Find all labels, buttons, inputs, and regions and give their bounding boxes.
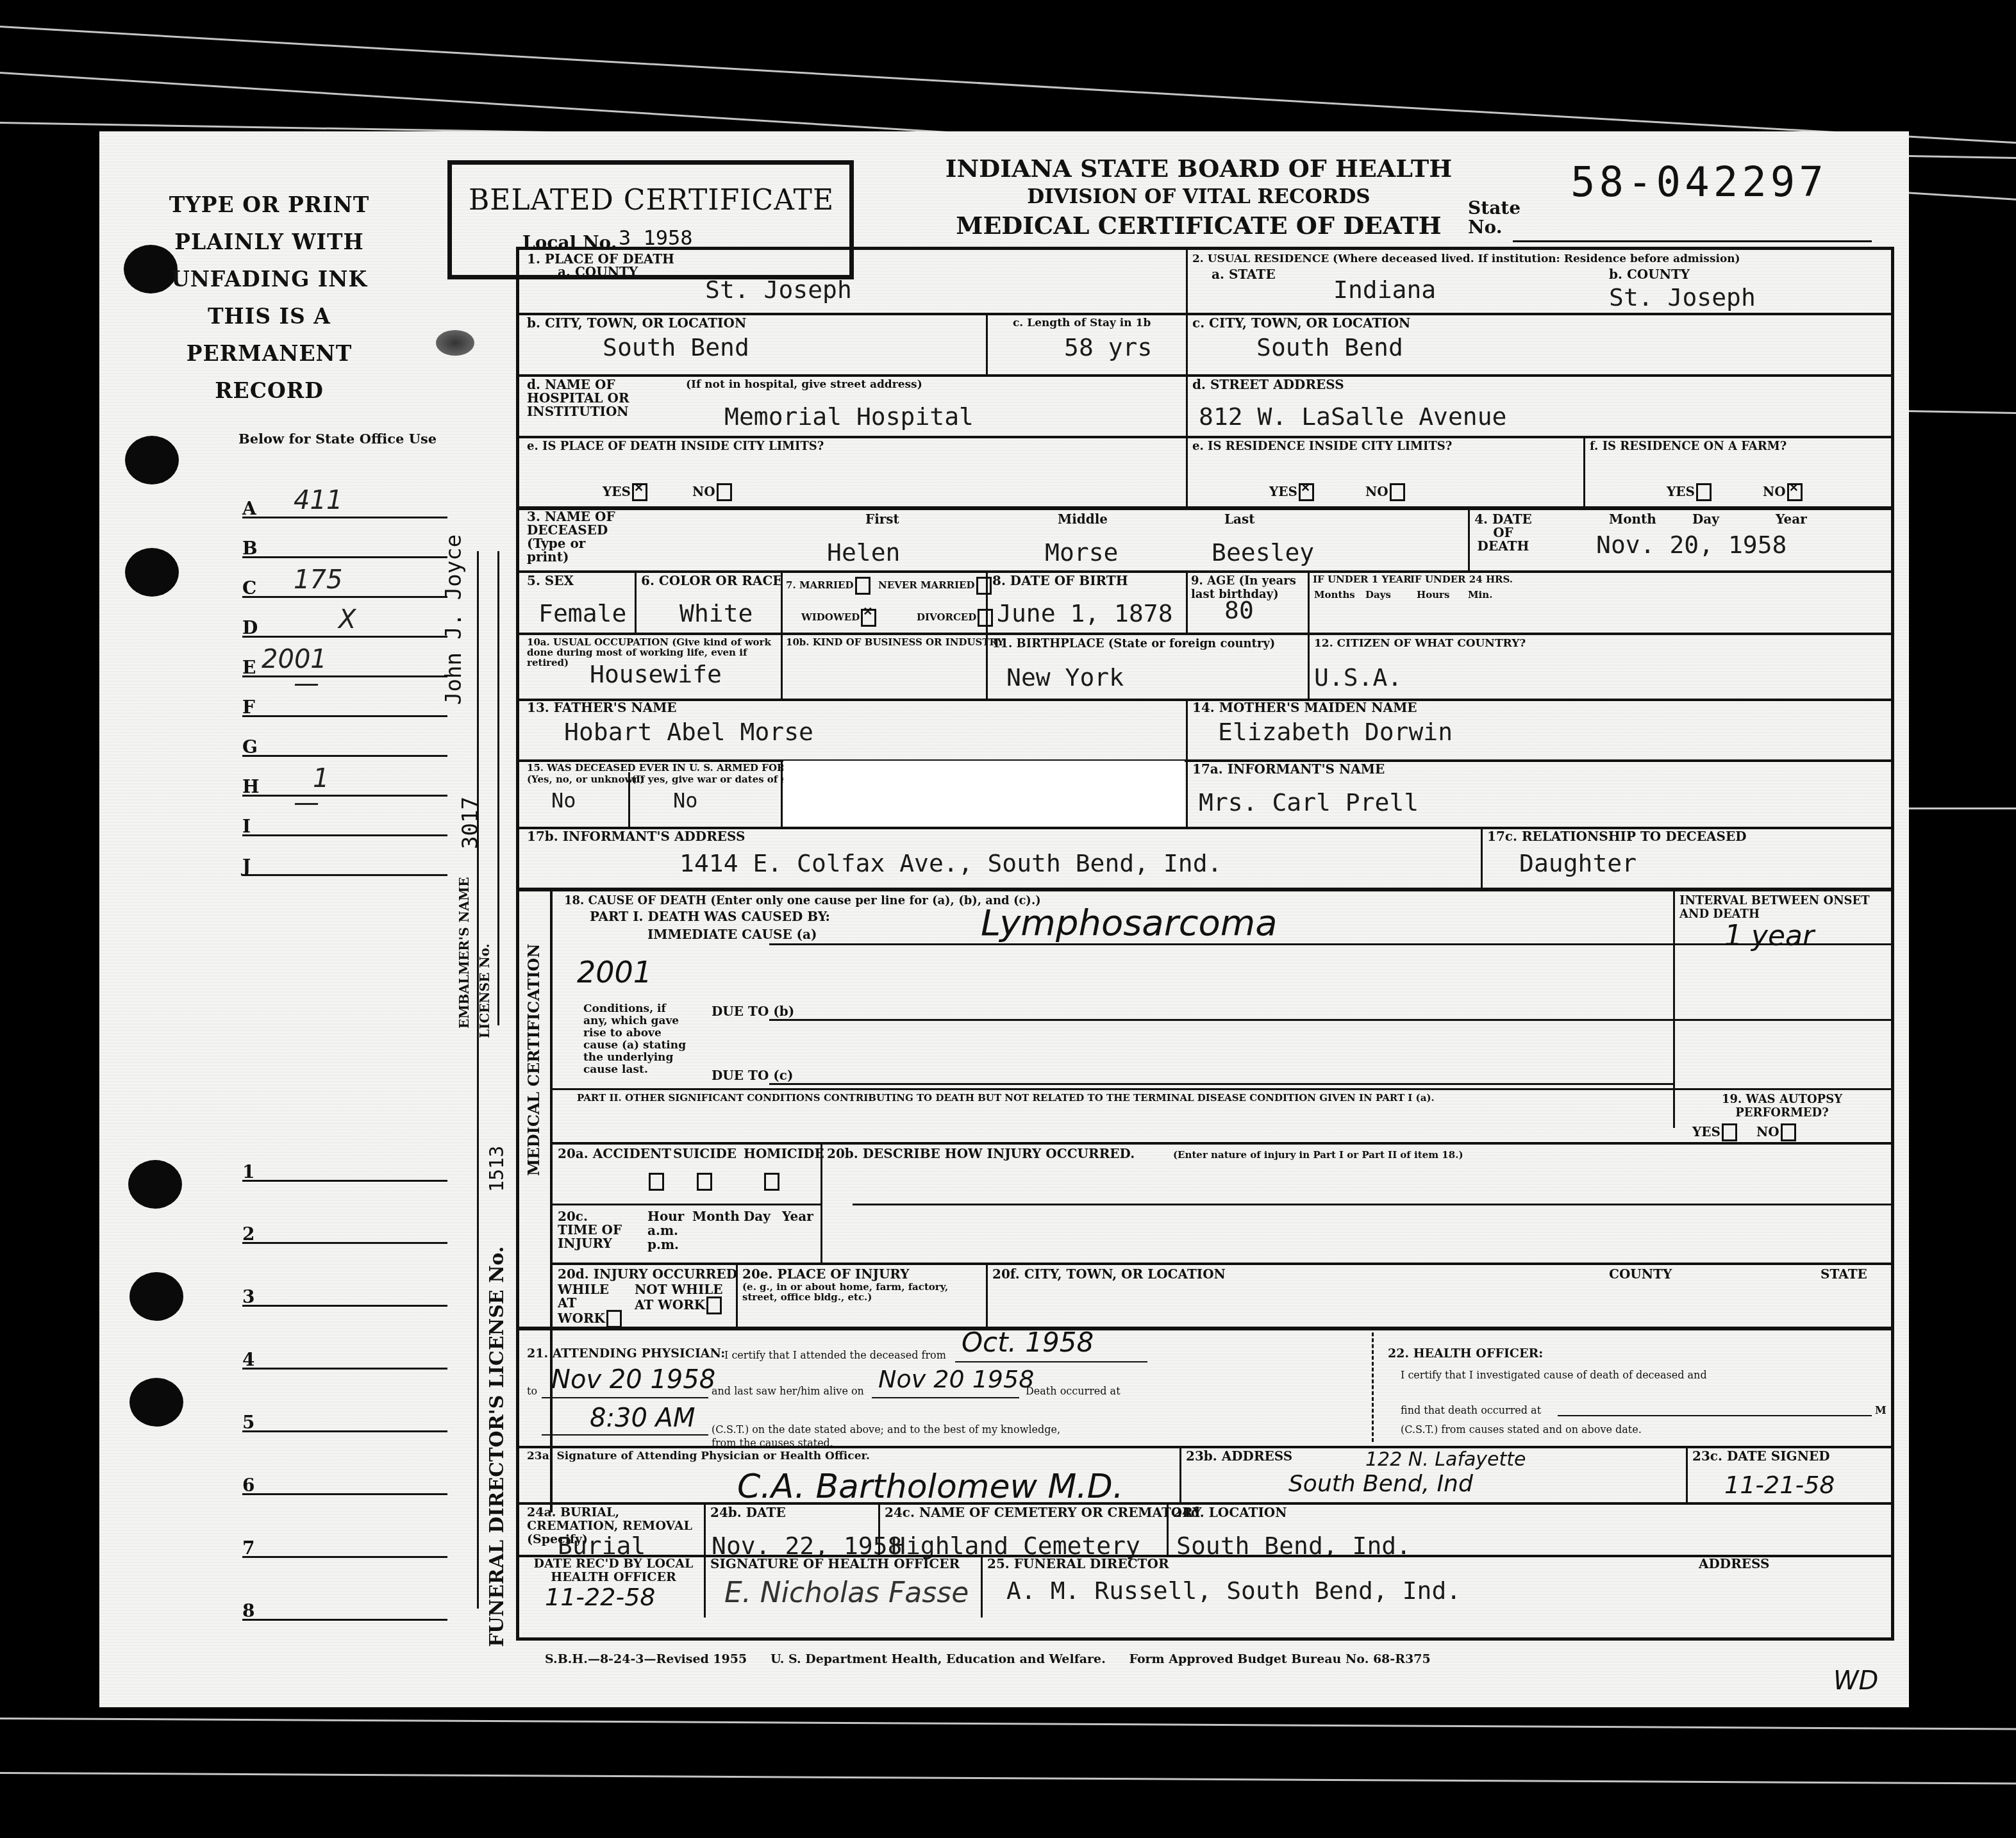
occupation-value: Housewife bbox=[590, 660, 722, 688]
divider bbox=[550, 1204, 822, 1205]
code-label: B bbox=[242, 538, 258, 559]
divider bbox=[1481, 827, 1483, 888]
code-label: I bbox=[242, 816, 251, 837]
divider bbox=[550, 1263, 1891, 1265]
divider bbox=[1186, 250, 1188, 506]
months-label: Months bbox=[1314, 590, 1355, 600]
code-value: — bbox=[294, 669, 319, 699]
location-label: 24d. LOCATION bbox=[1173, 1506, 1287, 1519]
cause-b-line bbox=[769, 1019, 1673, 1021]
interval-value: 1 year bbox=[1724, 920, 1814, 952]
not-while-at-work-option[interactable]: NOT WHILE AT WORK bbox=[635, 1283, 731, 1314]
code-value: X bbox=[338, 605, 356, 634]
conditions-label: Conditions, if any, which gave rise to a… bbox=[583, 1003, 692, 1076]
division-title: DIVISION OF VITAL RECORDS bbox=[923, 185, 1474, 208]
code-row-I: I— bbox=[242, 805, 447, 836]
residence-city-value: South Bend bbox=[1256, 333, 1403, 361]
part1-label: PART I. DEATH WAS CAUSED BY: bbox=[590, 910, 830, 923]
physician-text1: I certify that I attended the deceased f… bbox=[724, 1348, 946, 1362]
middle-label: Middle bbox=[1058, 513, 1108, 526]
scan-streak bbox=[0, 1772, 2016, 1785]
checkbox-yes[interactable] bbox=[1299, 483, 1314, 501]
code-row-H: H1 bbox=[242, 765, 447, 797]
code-label: A bbox=[242, 498, 256, 519]
code-row-5: 5 bbox=[242, 1401, 447, 1432]
checkbox-while-at-work[interactable] bbox=[606, 1310, 622, 1328]
department-name: U. S. Department Health, Education and W… bbox=[771, 1652, 1106, 1666]
divider bbox=[1167, 1502, 1169, 1555]
autopsy-label: 19. WAS AUTOPSY PERFORMED? bbox=[1679, 1093, 1885, 1120]
widowed-option[interactable]: WIDOWED bbox=[801, 609, 876, 627]
injury-state-label: STATE bbox=[1820, 1268, 1867, 1281]
divorced-label: DIVORCED bbox=[917, 611, 976, 623]
divider bbox=[1583, 436, 1585, 506]
race-value: White bbox=[679, 599, 753, 627]
embalmer-name-value: John J. Joyce bbox=[441, 534, 467, 705]
hospital-value: Memorial Hospital bbox=[724, 402, 974, 431]
physician-address-line1: 122 N. Lafayette bbox=[1365, 1448, 1526, 1471]
hospital-note: (If not in hospital, give street address… bbox=[686, 378, 922, 392]
underline bbox=[872, 1397, 1019, 1398]
mother-label: 14. MOTHER'S MAIDEN NAME bbox=[1192, 701, 1417, 715]
hour-label: Hour bbox=[647, 1210, 684, 1223]
death-date-label: 4. DATE OF DEATH bbox=[1474, 513, 1532, 553]
punch-hole bbox=[129, 1378, 183, 1427]
funeral-director-value: A. M. Russell, South Bend, Ind. bbox=[1006, 1577, 1461, 1605]
am-label: a.m. bbox=[647, 1224, 678, 1238]
birthplace-value: New York bbox=[1006, 663, 1124, 691]
street-address-label: d. STREET ADDRESS bbox=[1192, 378, 1344, 392]
physician-signature: C.A. Bartholomew M.D. bbox=[737, 1468, 1123, 1506]
due-to-c-label: DUE TO (c) bbox=[712, 1069, 793, 1082]
form-number: S.B.H.—8-24-3—Revised 1955 bbox=[545, 1652, 747, 1666]
farm-no[interactable]: NO bbox=[1763, 483, 1803, 501]
last-name-value: Beesley bbox=[1212, 538, 1314, 567]
union-label-seal-icon bbox=[436, 330, 474, 356]
checkbox-yes[interactable] bbox=[632, 483, 647, 501]
to-label: to bbox=[527, 1384, 537, 1398]
usual-residence-label: 2. USUAL RESIDENCE (Where deceased lived… bbox=[1192, 254, 1740, 264]
year-label: Year bbox=[1776, 513, 1807, 526]
divider bbox=[1673, 888, 1675, 1128]
state-no-underline bbox=[1513, 240, 1872, 242]
date-signed-value: 11-21-58 bbox=[1724, 1471, 1835, 1499]
death-time-value: 8:30 AM bbox=[590, 1403, 695, 1433]
code-value: 411 bbox=[294, 486, 342, 515]
code-row-3: 3 bbox=[242, 1275, 447, 1307]
relationship-label: 17c. RELATIONSHIP TO DECEASED bbox=[1487, 830, 1747, 843]
divider bbox=[736, 1263, 738, 1327]
part2-label: PART II. OTHER SIGNIFICANT CONDITIONS CO… bbox=[577, 1093, 1435, 1103]
margin-divider bbox=[477, 551, 479, 1609]
injury-county-label: COUNTY bbox=[1609, 1268, 1672, 1281]
divider bbox=[781, 633, 783, 699]
budget-bureau-no: Form Approved Budget Bureau No. 68-R375 bbox=[1129, 1652, 1430, 1666]
length-of-stay-label: c. Length of Stay in 1b bbox=[1013, 317, 1151, 330]
funeral-director-label: 25. FUNERAL DIRECTOR bbox=[987, 1557, 1169, 1571]
code-row-B: B bbox=[242, 527, 447, 558]
burial-date-label: 24b. DATE bbox=[710, 1506, 786, 1519]
county-label: a. COUNTY bbox=[558, 265, 638, 279]
cause-c-line bbox=[769, 1083, 1673, 1085]
medical-certification-label: MEDICAL CERTIFICATION bbox=[524, 944, 543, 1176]
injury-day-label: Day bbox=[744, 1210, 771, 1223]
married-label: 7. MARRIED bbox=[786, 579, 854, 591]
divider bbox=[519, 888, 1891, 891]
month-label: Month bbox=[1609, 513, 1656, 526]
scan-streak bbox=[1909, 807, 2016, 809]
code-label: 8 bbox=[242, 1600, 254, 1621]
no-label: NO bbox=[692, 484, 715, 499]
residence-inside-yes[interactable]: YES bbox=[1269, 483, 1314, 501]
checkbox-suicide[interactable] bbox=[697, 1173, 712, 1191]
scan-streak bbox=[0, 1718, 2016, 1730]
clerk-initials: WD bbox=[1833, 1666, 1878, 1696]
divider bbox=[704, 1502, 706, 1618]
state-no-label: State No. bbox=[1468, 199, 1513, 237]
first-label: First bbox=[865, 513, 899, 526]
sex-label: 5. SEX bbox=[527, 574, 574, 588]
street-address-value: 812 W. LaSalle Avenue bbox=[1199, 402, 1506, 431]
divider bbox=[986, 1263, 988, 1327]
first-name-value: Helen bbox=[827, 538, 900, 567]
deceased-name-label: 3. NAME OF DECEASED (Type or print) bbox=[527, 510, 623, 564]
farm-yes[interactable]: YES bbox=[1667, 483, 1712, 501]
divider bbox=[986, 313, 988, 374]
father-value: Hobart Abel Morse bbox=[564, 718, 813, 746]
divider bbox=[781, 570, 783, 633]
checkbox-not-while-at-work[interactable] bbox=[706, 1296, 722, 1314]
interval-line bbox=[1673, 943, 1891, 945]
code-label: 3 bbox=[242, 1286, 254, 1307]
code-row-2: 2 bbox=[242, 1213, 447, 1244]
immediate-cause-label: IMMEDIATE CAUSE (a) bbox=[647, 928, 817, 941]
length-of-stay-value: 58 yrs bbox=[1064, 333, 1152, 361]
physician-address-label: 23b. ADDRESS bbox=[1186, 1450, 1292, 1463]
due-to-b-label: DUE TO (b) bbox=[712, 1005, 794, 1018]
death-city-value: South Bend bbox=[603, 333, 749, 361]
code-label: D bbox=[242, 617, 258, 638]
injury-occurred-label: 20d. INJURY OCCURRED bbox=[558, 1268, 737, 1281]
married-option[interactable]: 7. MARRIED bbox=[786, 577, 871, 595]
license-label: LICENSE No. bbox=[477, 943, 492, 1038]
redacted-area bbox=[783, 761, 1185, 825]
residence-inside-no[interactable]: NO bbox=[1365, 483, 1405, 501]
hours-label: Hours bbox=[1417, 590, 1449, 600]
code-row-A: A411 bbox=[242, 487, 447, 518]
place-of-injury-label: 20e. PLACE OF INJURY bbox=[742, 1268, 910, 1281]
health-officer-text3: (C.S.T.) from causes stated and on above… bbox=[1401, 1423, 1642, 1436]
underline bbox=[542, 1434, 708, 1436]
state-no-value: 58-042297 bbox=[1570, 159, 1828, 206]
code-row-J: J bbox=[242, 845, 447, 876]
under-24-hrs-label: IF UNDER 24 HRS. bbox=[1410, 574, 1513, 584]
code-label: C bbox=[242, 577, 256, 599]
residence-county-value: St. Joseph bbox=[1609, 283, 1756, 311]
sex-value: Female bbox=[538, 599, 626, 627]
time-of-injury-label: 20c. TIME OF INJURY bbox=[558, 1210, 628, 1250]
divider bbox=[628, 772, 630, 827]
embalmer-name-label: EMBALMER'S NAME bbox=[456, 877, 472, 1029]
dob-value: June 1, 1878 bbox=[997, 599, 1173, 627]
hospital-label: d. NAME OF HOSPITAL OR INSTITUTION bbox=[527, 378, 655, 418]
checkbox-no[interactable] bbox=[717, 483, 732, 501]
code-label: 2 bbox=[242, 1223, 254, 1245]
residence-inside-city-label: e. IS RESIDENCE INSIDE CITY LIMITS? bbox=[1192, 440, 1452, 453]
informant-address-label: 17b. INFORMANT'S ADDRESS bbox=[527, 830, 746, 843]
never-married-label: NEVER MARRIED bbox=[878, 579, 975, 591]
injury-year-label: Year bbox=[782, 1210, 813, 1223]
inside-city-no[interactable]: NO bbox=[692, 483, 732, 501]
underline bbox=[955, 1361, 1147, 1362]
yes-label: YES bbox=[1692, 1124, 1720, 1139]
autopsy-yes[interactable]: YES bbox=[1692, 1123, 1737, 1141]
health-officer-m: M bbox=[1875, 1403, 1887, 1417]
days-label: Days bbox=[1365, 590, 1391, 600]
injury-month-label: Month bbox=[692, 1210, 740, 1223]
death-date-value: Nov. 20, 1958 bbox=[1596, 531, 1787, 559]
funeral-director-license-value: 1513 bbox=[486, 1146, 508, 1192]
divorced-option[interactable]: DIVORCED bbox=[917, 609, 993, 627]
citizen-label: 12. CITIZEN OF WHAT COUNTRY? bbox=[1314, 637, 1526, 650]
checkbox-no[interactable] bbox=[1787, 483, 1803, 501]
while-at-work-label: WHILE AT WORK bbox=[558, 1282, 609, 1326]
code-label: J bbox=[242, 856, 251, 877]
under-1-year-label: IF UNDER 1 YEAR bbox=[1313, 574, 1412, 584]
checkbox-yes[interactable] bbox=[1722, 1123, 1737, 1141]
code-label: 4 bbox=[242, 1349, 254, 1370]
dob-label: 8. DATE OF BIRTH bbox=[992, 574, 1128, 588]
homicide-label: HOMICIDE bbox=[744, 1147, 824, 1161]
citizen-value: U.S.A. bbox=[1314, 663, 1402, 691]
while-at-work-option[interactable]: WHILE AT WORK bbox=[558, 1283, 628, 1328]
interval-label: INTERVAL BETWEEN ONSET AND DEATH bbox=[1679, 894, 1885, 921]
health-officer-signature: E. Nicholas Fasse bbox=[724, 1577, 969, 1609]
instruction-line: TYPE OR PRINT bbox=[135, 192, 404, 217]
never-married-option[interactable]: NEVER MARRIED bbox=[878, 577, 992, 595]
divider bbox=[1372, 1327, 1374, 1442]
divider bbox=[550, 1088, 1891, 1090]
divider bbox=[1179, 1446, 1181, 1502]
checkbox-homicide[interactable] bbox=[764, 1173, 779, 1191]
informant-name-label: 17a. INFORMANT'S NAME bbox=[1192, 763, 1385, 776]
code-label: 7 bbox=[242, 1537, 254, 1559]
describe-line bbox=[853, 1204, 1891, 1205]
informant-address-value: 1414 E. Colfax Ave., South Bend, Ind. bbox=[679, 849, 1222, 877]
divider bbox=[1186, 570, 1188, 633]
health-officer-signature-label: SIGNATURE OF HEALTH OFFICER bbox=[710, 1557, 960, 1571]
informant-name-value: Mrs. Carl Prell bbox=[1199, 788, 1419, 816]
date-recd-value: 11-22-58 bbox=[545, 1583, 655, 1611]
mother-value: Elizabeth Dorwin bbox=[1218, 718, 1453, 746]
death-county-value: St. Joseph bbox=[705, 276, 852, 304]
code-row-7: 7 bbox=[242, 1527, 447, 1558]
stamp-title: BELATED CERTIFICATE bbox=[469, 184, 834, 217]
code-label: H bbox=[242, 776, 259, 797]
code-row-8: 8 bbox=[242, 1589, 447, 1621]
signature-label: 23a. Signature of Attending Physician or… bbox=[527, 1450, 870, 1463]
agency-title: INDIANA STATE BOARD OF HEALTH bbox=[923, 154, 1474, 183]
code-value: — bbox=[294, 788, 319, 818]
certificate-header: INDIANA STATE BOARD OF HEALTH DIVISION O… bbox=[923, 154, 1474, 240]
last-seen-value: Nov 20 1958 bbox=[878, 1365, 1034, 1393]
date-signed-label: 23c. DATE SIGNED bbox=[1692, 1450, 1830, 1463]
day-label: Day bbox=[1692, 513, 1719, 526]
min-label: Min. bbox=[1468, 590, 1492, 600]
date-recd-label: DATE REC'D BY LOCAL HEALTH OFFICER bbox=[527, 1557, 700, 1584]
relationship-value: Daughter bbox=[1519, 849, 1637, 877]
age-value: 80 bbox=[1224, 596, 1254, 624]
divider bbox=[981, 1555, 983, 1618]
checkbox-never-married[interactable] bbox=[976, 577, 992, 595]
code-row-E: E2001 bbox=[242, 646, 447, 677]
no-label: NO bbox=[1756, 1124, 1779, 1139]
residence-state-value: Indiana bbox=[1333, 276, 1436, 304]
divider bbox=[635, 570, 637, 633]
divider bbox=[550, 1142, 1891, 1145]
no-label: NO bbox=[1763, 484, 1786, 499]
health-officer-text2: find that death occurred at bbox=[1401, 1403, 1541, 1417]
armed-forces-sub1: (Yes, no, or unknown) bbox=[527, 774, 644, 784]
last-label: Last bbox=[1224, 513, 1255, 526]
punch-hole bbox=[129, 1272, 183, 1321]
birthplace-label: 11. BIRTHPLACE (State or foreign country… bbox=[992, 637, 1275, 650]
industry-label: 10b. KIND OF BUSINESS OR INDUSTRY bbox=[786, 637, 1004, 647]
document-title: MEDICAL CERTIFICATE OF DEATH bbox=[923, 211, 1474, 240]
divider bbox=[781, 759, 783, 827]
armed-forces-value: No bbox=[551, 788, 576, 813]
checkbox-widowed[interactable] bbox=[861, 609, 876, 627]
physician-text3: Death occurred at bbox=[1026, 1384, 1120, 1398]
cause-section-label: 18. CAUSE OF DEATH (Enter only one cause… bbox=[564, 894, 1041, 907]
code-row-4: 4 bbox=[242, 1338, 447, 1370]
residence-county-label: b. COUNTY bbox=[1609, 268, 1690, 281]
instruction-line: RECORD bbox=[135, 378, 404, 403]
code-row-C: C175 bbox=[242, 567, 447, 598]
margin-divider bbox=[497, 551, 499, 1025]
divider bbox=[878, 1502, 880, 1555]
funeral-director-address-label: ADDRESS bbox=[1699, 1557, 1770, 1571]
punch-hole bbox=[128, 1160, 182, 1209]
scan-streak bbox=[1909, 410, 2016, 414]
divider bbox=[519, 1327, 1891, 1330]
code-label: F bbox=[242, 697, 255, 718]
health-officer-label: 22. HEALTH OFFICER: bbox=[1388, 1347, 1543, 1361]
autopsy-no[interactable]: NO bbox=[1756, 1123, 1796, 1141]
suicide-label: SUICIDE bbox=[673, 1147, 737, 1161]
accident-label: 20a. ACCIDENT bbox=[558, 1147, 671, 1161]
physician-text2: and last saw her/him alive on bbox=[712, 1384, 864, 1398]
middle-name-value: Morse bbox=[1045, 538, 1118, 567]
punch-hole bbox=[125, 436, 179, 484]
instruction-line: UNFADING INK bbox=[135, 267, 404, 292]
checkbox-no[interactable] bbox=[1390, 483, 1405, 501]
residence-state-label: a. STATE bbox=[1212, 268, 1276, 281]
punch-hole bbox=[125, 548, 179, 597]
code-label: 5 bbox=[242, 1412, 254, 1433]
form-footer: S.B.H.—8-24-3—Revised 1955 U. S. Departm… bbox=[545, 1652, 1431, 1666]
inside-city-label: e. IS PLACE OF DEATH INSIDE CITY LIMITS? bbox=[527, 440, 824, 453]
divider bbox=[1468, 506, 1470, 570]
describe-injury-note: (Enter nature of injury in Part I or Par… bbox=[1173, 1150, 1463, 1160]
immediate-cause-value: Lymphosarcoma bbox=[981, 902, 1278, 944]
death-city-label: b. CITY, TOWN, OR LOCATION bbox=[527, 317, 746, 330]
divider bbox=[550, 888, 553, 1512]
state-office-label: Below for State Office Use bbox=[238, 431, 437, 447]
pm-label: p.m. bbox=[647, 1238, 679, 1252]
underline bbox=[542, 1397, 708, 1398]
race-label: 6. COLOR OR RACE bbox=[641, 574, 783, 588]
instruction-line: THIS IS A bbox=[135, 304, 404, 329]
divider bbox=[519, 633, 1891, 635]
checkbox-no[interactable] bbox=[1781, 1123, 1796, 1141]
inside-city-yes[interactable]: YES bbox=[603, 483, 647, 501]
attended-to-value: Nov 20 1958 bbox=[551, 1365, 715, 1395]
code-row-1: 1 bbox=[242, 1150, 447, 1182]
code-value: 175 bbox=[294, 565, 342, 595]
injury-city-label: 20f. CITY, TOWN, OR LOCATION bbox=[992, 1268, 1226, 1281]
code-label: 1 bbox=[242, 1161, 254, 1182]
describe-injury-label: 20b. DESCRIBE HOW INJURY OCCURRED. bbox=[827, 1147, 1135, 1161]
underline bbox=[1558, 1415, 1872, 1416]
divider bbox=[1686, 1446, 1688, 1502]
yes-label: YES bbox=[1667, 484, 1695, 499]
checkbox-accident[interactable] bbox=[649, 1173, 664, 1191]
attended-from-value: Oct. 1958 bbox=[962, 1327, 1094, 1358]
checkbox-yes[interactable] bbox=[1696, 483, 1712, 501]
attending-physician-label: 21. ATTENDING PHYSICIAN: bbox=[527, 1347, 725, 1361]
code-row-6: 6 bbox=[242, 1464, 447, 1495]
divider bbox=[519, 506, 1891, 510]
checkbox-married[interactable] bbox=[855, 577, 871, 595]
place-of-injury-note: (e. g., in or about home, farm, factory,… bbox=[742, 1282, 973, 1302]
instruction-line: PLAINLY WITH bbox=[135, 229, 404, 254]
instruction-line: PERMANENT bbox=[135, 341, 404, 366]
interval-line bbox=[1673, 1019, 1891, 1021]
no-label: NO bbox=[1365, 484, 1388, 499]
code-row-D: DX bbox=[242, 606, 447, 638]
code-label: E bbox=[242, 657, 256, 678]
farm-label: f. IS RESIDENCE ON A FARM? bbox=[1590, 440, 1787, 453]
code-row-F: F— bbox=[242, 686, 447, 717]
license-value: 3017 bbox=[458, 797, 483, 849]
certificate-form: 1. PLACE OF DEATH a. COUNTY St. Joseph 2… bbox=[516, 247, 1894, 1641]
code-row-G: G bbox=[242, 725, 447, 757]
residence-city-label: c. CITY, TOWN, OR LOCATION bbox=[1192, 317, 1410, 330]
funeral-director-license-label: FUNERAL DIRECTOR'S LICENSE No. bbox=[486, 1246, 508, 1647]
widowed-label: WIDOWED bbox=[801, 611, 860, 623]
cemetery-label: 24c. NAME OF CEMETERY OR CREMATORY bbox=[885, 1506, 1202, 1519]
yes-label: YES bbox=[603, 484, 631, 499]
armed-forces-label: 15. WAS DECEASED EVER IN U. S. ARMED FOR… bbox=[527, 763, 812, 773]
cause-code-note: 2001 bbox=[577, 955, 652, 989]
divider bbox=[519, 436, 1891, 438]
health-officer-text1: I certify that I investigated cause of d… bbox=[1401, 1368, 1707, 1382]
armed-service-value: No bbox=[673, 788, 698, 813]
code-label: 6 bbox=[242, 1475, 254, 1496]
physician-address-line2: South Bend, Ind bbox=[1288, 1471, 1473, 1497]
divider bbox=[821, 1142, 822, 1263]
code-label: G bbox=[242, 736, 258, 758]
father-label: 13. FATHER'S NAME bbox=[527, 701, 677, 715]
yes-label: YES bbox=[1269, 484, 1297, 499]
divider bbox=[1186, 699, 1188, 827]
